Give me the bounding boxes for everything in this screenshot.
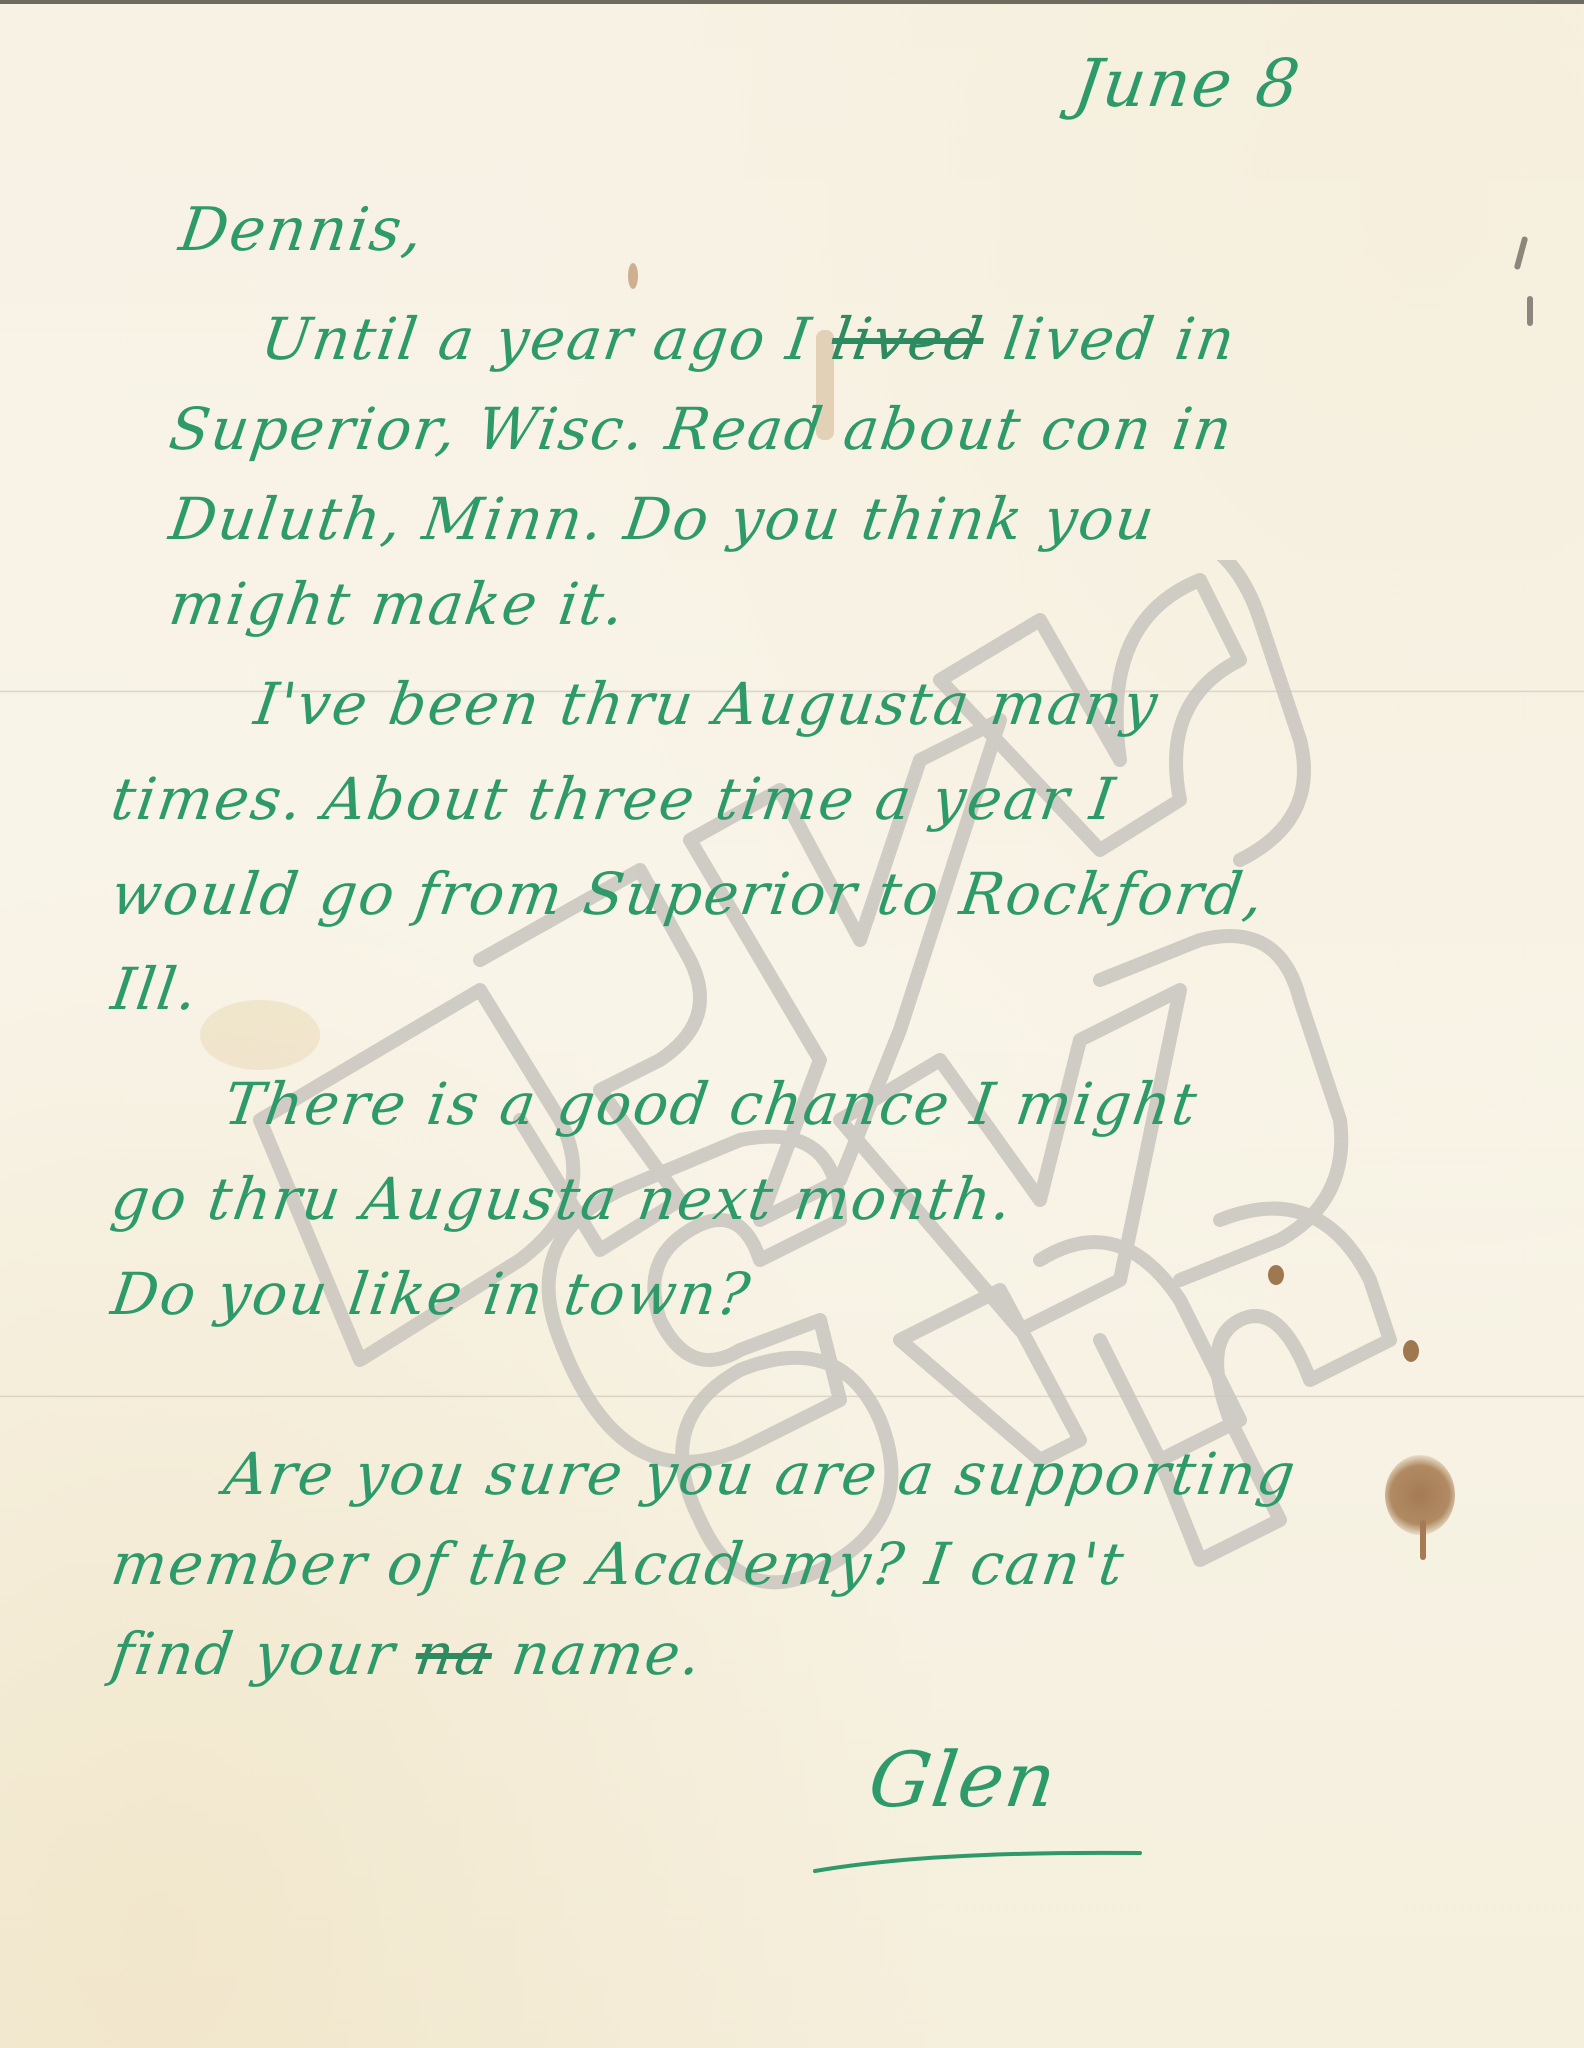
letter-line: Ill. [107,955,203,1023]
scan-top-edge [0,0,1584,4]
struck-word: na [411,1620,496,1688]
letter-salutation: Dennis, [175,195,429,265]
letter-date: June 8 [1070,45,1306,122]
letter-line: I've been thru Augusta many [250,670,1163,738]
letter-signature: Glen [864,1735,1063,1824]
line-text: Until a year ago I [257,305,837,373]
line-text: lived in [979,305,1241,373]
letter-line: Do you like in town? [107,1260,756,1328]
line-text: name. [487,1620,707,1688]
spot-stain [1403,1340,1419,1362]
spot-stain [1268,1265,1284,1285]
paper-fold-line [0,1395,1584,1398]
signature-underline [810,1845,1150,1875]
letter-line: times. About three time a year I [107,765,1120,833]
letter-line: member of the Academy? I can't [107,1530,1129,1598]
letter-line: Duluth, Minn. Do you think you [165,485,1160,553]
letter-line: Are you sure you are a supporting [220,1440,1301,1508]
spot-stain [628,263,638,289]
staple-mark [1514,236,1529,270]
letter-page: June 8 Dennis, Until a year ago I lived … [0,0,1584,2048]
letter-line: go thru Augusta next month. [107,1165,1018,1233]
struck-word: lived [828,305,989,373]
spot-stain [200,1000,320,1070]
stain-drip [1420,1520,1426,1560]
letter-line: Until a year ago I lived lived in [257,305,1240,373]
line-text: find your [107,1620,421,1688]
letter-line: Superior, Wisc. Read about con in [165,395,1238,463]
letter-line: find your na name. [107,1620,707,1688]
letter-line: might make it. [165,570,630,638]
letter-line: There is a good chance I might [220,1070,1202,1138]
staple-mark [1527,296,1533,326]
letter-line: would go from Superior to Rockford, [107,860,1269,928]
